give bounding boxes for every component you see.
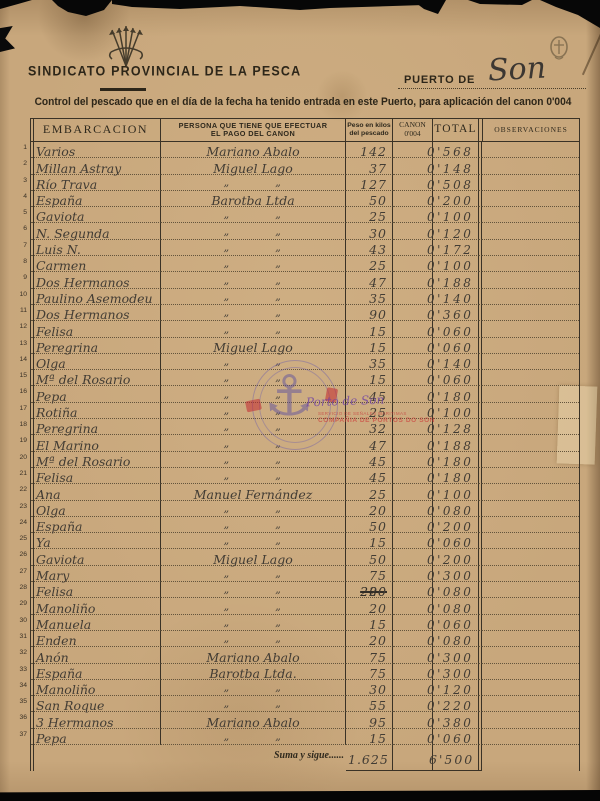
peso-value: 20 <box>369 601 387 616</box>
ditto-mark: „ <box>224 274 230 287</box>
peso-value: 20 <box>369 633 387 648</box>
peso-cell: 25 <box>346 484 393 500</box>
table-row: Rotiña„„250'100 <box>31 403 579 419</box>
table-row: Paulino Asemodeu„„350'140 <box>31 289 579 305</box>
header-total: TOTAL <box>433 119 479 141</box>
peso-cell: 32 <box>346 419 393 435</box>
total-value: 0'220 <box>427 699 473 713</box>
table-row: Manoliño„„300'120 <box>31 680 579 696</box>
total-cell: 0'060 <box>433 615 479 631</box>
torn-top-edge <box>0 0 600 30</box>
ditto-mark: „ <box>224 323 230 336</box>
peso-value: 50 <box>369 519 387 534</box>
observaciones-cell <box>482 370 579 386</box>
embarcacion-cell: Varios <box>31 142 161 158</box>
persona-cell: „„ <box>161 631 346 647</box>
table-row: Pepa„„450'180 <box>31 386 579 402</box>
total-value: 0'120 <box>427 683 473 697</box>
total-value: 0'060 <box>427 325 473 339</box>
peso-value: 35 <box>369 291 387 306</box>
total-cell: 0'300 <box>433 664 479 680</box>
ditto-mark: „ <box>275 290 281 303</box>
row-number: 4 <box>12 189 27 205</box>
header-persona: PERSONA QUE TIENE QUE EFECTUAR EL PAGO D… <box>161 119 346 141</box>
observaciones-cell <box>482 142 579 158</box>
embarcacion-cell: España <box>31 191 161 207</box>
footer-peso-cell: 1.625 <box>346 745 393 771</box>
observaciones-cell <box>482 158 579 174</box>
peso-value: 90 <box>369 307 387 322</box>
observaciones-cell <box>482 615 579 631</box>
total-cell: 0'140 <box>433 289 479 305</box>
embarcacion-value: Olga <box>36 356 66 371</box>
table-row: Pepa„„150'060 <box>31 729 579 745</box>
peso-cell: 75 <box>346 647 393 663</box>
canon-table: EMBARCACION PERSONA QUE TIENE QUE EFECTU… <box>30 118 580 771</box>
persona-cell: „„ <box>161 354 346 370</box>
peso-cell: 50 <box>346 549 393 565</box>
row-number: 15 <box>12 368 27 384</box>
persona-cell: „„ <box>161 175 346 191</box>
embarcacion-value: Varios <box>36 144 75 159</box>
row-number: 23 <box>12 499 27 515</box>
embarcacion-value: 3 Hermanos <box>36 715 114 730</box>
embarcacion-value: Carmen <box>36 258 86 273</box>
embarcacion-value: Enden <box>36 633 77 648</box>
ditto-mark: „ <box>275 600 281 613</box>
ditto-mark: „ <box>275 583 281 596</box>
table-row: EspañaBarotba Ltda.750'300 <box>31 664 579 680</box>
peso-value: 75 <box>369 650 387 665</box>
embarcacion-cell: España <box>31 664 161 680</box>
persona-value: Mariano Abalo <box>206 144 299 159</box>
embarcacion-cell: Olga <box>31 501 161 517</box>
ditto-mark: „ <box>275 420 281 433</box>
peso-value: 45 <box>369 389 387 404</box>
total-value: 0'128 <box>427 422 473 436</box>
ditto-mark: „ <box>224 632 230 645</box>
total-value: 0'508 <box>427 178 473 192</box>
embarcacion-value: El Marino <box>36 438 99 453</box>
observaciones-cell <box>482 289 579 305</box>
ditto-mark: „ <box>275 632 281 645</box>
embarcacion-value: San Roque <box>36 698 104 713</box>
ditto-mark: „ <box>224 225 230 238</box>
total-value: 0'140 <box>427 292 473 306</box>
embarcacion-value: Luis N. <box>36 242 81 257</box>
row-number: 7 <box>12 238 27 254</box>
row-number-gutter: 1234567891011121314151617181920212223242… <box>12 140 27 743</box>
total-cell: 0'188 <box>433 435 479 451</box>
observaciones-cell <box>482 582 579 598</box>
persona-cell: „„ <box>161 321 346 337</box>
total-cell: 0'508 <box>433 175 479 191</box>
table-footer-row: Suma y sigue...... 1.625 6'500 <box>31 745 579 771</box>
header-peso-line1: Peso en kilos <box>347 122 390 130</box>
peso-cell: 50 <box>346 191 393 207</box>
table-body: VariosMariano Abalo1420'568Millan Astray… <box>31 142 579 745</box>
persona-cell: Mariano Abalo <box>161 712 346 728</box>
peso-value: 25 <box>369 405 387 420</box>
table-row: Ya„„150'060 <box>31 533 579 549</box>
total-cell: 0'200 <box>433 517 479 533</box>
persona-cell: „„ <box>161 533 346 549</box>
total-value: 0'180 <box>427 390 473 404</box>
peso-cell: 20 <box>346 501 393 517</box>
total-cell: 0'060 <box>433 729 479 745</box>
embarcacion-cell: Pepa <box>31 729 161 745</box>
total-cell: 0'180 <box>433 468 479 484</box>
total-value: 0'100 <box>427 210 473 224</box>
peso-value: 25 <box>369 258 387 273</box>
persona-cell: „„ <box>161 615 346 631</box>
ditto-mark: „ <box>275 697 281 710</box>
peso-cell: 43 <box>346 240 393 256</box>
observaciones-cell <box>482 566 579 582</box>
embarcacion-value: Dos Hermanos <box>36 275 130 290</box>
total-value: 0'188 <box>427 439 473 453</box>
ditto-mark: „ <box>224 355 230 368</box>
embarcacion-cell: Manoliño <box>31 598 161 614</box>
total-cell: 0'080 <box>433 501 479 517</box>
peso-value: 47 <box>369 438 387 453</box>
total-cell: 0'120 <box>433 680 479 696</box>
total-value: 0'172 <box>427 243 473 257</box>
ditto-mark: „ <box>275 502 281 515</box>
org-title: SINDICATO PROVINCIAL DE LA PESCA <box>28 63 301 78</box>
persona-cell: Miguel Lago <box>161 338 346 354</box>
total-value: 0'080 <box>427 504 473 518</box>
total-cell: 0'060 <box>433 533 479 549</box>
embarcacion-value: España <box>36 193 83 208</box>
row-number: 29 <box>12 596 27 612</box>
ditto-mark: „ <box>224 257 230 270</box>
observaciones-cell <box>482 403 579 419</box>
persona-cell: „„ <box>161 501 346 517</box>
embarcacion-cell: Dos Hermanos <box>31 272 161 288</box>
total-value: 0'060 <box>427 732 473 746</box>
embarcacion-value: Ya <box>36 535 51 550</box>
header-embarcacion: EMBARCACION <box>31 119 161 141</box>
peso-value: 32 <box>369 421 387 436</box>
peso-cell: 30 <box>346 680 393 696</box>
peso-cell: 20020 <box>346 582 393 598</box>
total-value: 0'100 <box>427 406 473 420</box>
total-value: 0'080 <box>427 634 473 648</box>
persona-cell: „„ <box>161 305 346 321</box>
persona-cell: „„ <box>161 256 346 272</box>
persona-cell: „„ <box>161 207 346 223</box>
table-row: El Marino„„470'188 <box>31 435 579 451</box>
ditto-mark: „ <box>275 567 281 580</box>
peso-value: 142 <box>360 144 387 159</box>
peso-value: 95 <box>369 715 387 730</box>
peso-cell: 127 <box>346 175 393 191</box>
embarcacion-cell: Olga <box>31 354 161 370</box>
ditto-mark: „ <box>224 306 230 319</box>
observaciones-cell <box>482 223 579 239</box>
total-cell: 0'100 <box>433 484 479 500</box>
persona-cell: „„ <box>161 452 346 468</box>
peso-cell: 15 <box>346 615 393 631</box>
persona-cell: Barotba Ltda. <box>161 664 346 680</box>
total-value: 0'060 <box>427 341 473 355</box>
table-row: Felisa„„150'060 <box>31 321 579 337</box>
persona-cell: Manuel Fernández <box>161 484 346 500</box>
footer-empty-area <box>482 745 579 771</box>
total-value: 0'568 <box>427 145 473 159</box>
row-number: 35 <box>12 694 27 710</box>
observaciones-cell <box>482 452 579 468</box>
peso-value: 25 <box>369 209 387 224</box>
total-cell: 0'200 <box>433 191 479 207</box>
ditto-mark: „ <box>224 681 230 694</box>
ditto-mark: „ <box>275 437 281 450</box>
embarcacion-value: Pepa <box>36 731 67 746</box>
ditto-mark: „ <box>275 616 281 629</box>
table-row: Mª del Rosario„„450'180 <box>31 452 579 468</box>
ditto-mark: „ <box>224 583 230 596</box>
table-row: Luis N.„„430'172 <box>31 240 579 256</box>
embarcacion-value: Dos Hermanos <box>36 307 130 322</box>
small-seal-icon <box>548 34 570 64</box>
total-cell: 0'300 <box>433 566 479 582</box>
row-number: 21 <box>12 466 27 482</box>
ditto-mark: „ <box>224 437 230 450</box>
row-number: 16 <box>12 384 27 400</box>
row-number: 22 <box>12 482 27 498</box>
persona-cell: „„ <box>161 370 346 386</box>
observaciones-cell <box>482 631 579 647</box>
ditto-mark: „ <box>275 257 281 270</box>
total-cell: 0'100 <box>433 207 479 223</box>
row-number: 1 <box>12 140 27 156</box>
total-value: 0'180 <box>427 471 473 485</box>
header-peso: Peso en kilos del pescado <box>346 119 393 141</box>
table-row: Manoliño„„200'080 <box>31 598 579 614</box>
persona-cell: „„ <box>161 435 346 451</box>
peso-cell: 45 <box>346 468 393 484</box>
ditto-mark: „ <box>224 208 230 221</box>
peso-cell: 75 <box>346 566 393 582</box>
footer-canon-cell <box>393 745 433 771</box>
header-observaciones-label: OBSERVACIONES <box>494 126 568 135</box>
total-cell: 0'172 <box>433 240 479 256</box>
form-subtitle: Control del pescado que en el día de la … <box>20 97 586 109</box>
peso-cell: 15 <box>346 533 393 549</box>
persona-cell: „„ <box>161 680 346 696</box>
ditto-mark: „ <box>275 534 281 547</box>
embarcacion-value: Peregrina <box>36 340 98 355</box>
observaciones-cell <box>482 696 579 712</box>
observaciones-cell <box>482 435 579 451</box>
peso-value: 25 <box>369 487 387 502</box>
embarcacion-value: Anón <box>36 650 69 665</box>
embarcacion-cell: Luis N. <box>31 240 161 256</box>
embarcacion-cell: Mª del Rosario <box>31 370 161 386</box>
embarcacion-value: España <box>36 666 83 681</box>
embarcacion-cell: España <box>31 517 161 533</box>
table-row: AnaManuel Fernández250'100 <box>31 484 579 500</box>
ditto-mark: „ <box>224 518 230 531</box>
total-cell: 0'060 <box>433 321 479 337</box>
ditto-mark: „ <box>224 420 230 433</box>
ditto-mark: „ <box>275 371 281 384</box>
table-row: Millan AstrayMiguel Lago370'148 <box>31 158 579 174</box>
total-value: 0'140 <box>427 357 473 371</box>
embarcacion-value: Gaviota <box>36 552 85 567</box>
row-number: 26 <box>12 547 27 563</box>
total-value: 0'188 <box>427 276 473 290</box>
total-value: 0'200 <box>427 194 473 208</box>
row-number: 33 <box>12 662 27 678</box>
row-number: 19 <box>12 433 27 449</box>
persona-cell: Barotba Ltda <box>161 191 346 207</box>
peso-cell: 142 <box>346 142 393 158</box>
table-row: Gaviota„„250'100 <box>31 207 579 223</box>
table-row: Olga„„200'080 <box>31 501 579 517</box>
table-row: PeregrinaMiguel Lago150'060 <box>31 338 579 354</box>
observaciones-cell <box>482 664 579 680</box>
ditto-mark: „ <box>275 355 281 368</box>
ditto-mark: „ <box>224 730 230 743</box>
observaciones-cell <box>482 386 579 402</box>
total-cell: 0'360 <box>433 305 479 321</box>
table-row: AnónMariano Abalo750'300 <box>31 647 579 663</box>
embarcacion-value: N. Segunda <box>36 226 110 241</box>
ditto-mark: „ <box>224 453 230 466</box>
embarcacion-value: Rotiña <box>36 405 77 420</box>
row-number: 37 <box>12 727 27 743</box>
peso-value: 45 <box>369 454 387 469</box>
embarcacion-value: Mary <box>36 568 69 583</box>
peso-cell: 25 <box>346 207 393 223</box>
embarcacion-cell: Mª del Rosario <box>31 452 161 468</box>
embarcacion-cell: Ya <box>31 533 161 549</box>
peso-cell: 47 <box>346 272 393 288</box>
row-number: 34 <box>12 678 27 694</box>
embarcacion-cell: Peregrina <box>31 338 161 354</box>
peso-corrected-value: 20 <box>369 584 387 599</box>
row-number: 20 <box>12 450 27 466</box>
ditto-mark: „ <box>275 453 281 466</box>
table-row: Peregrina„„320'128 <box>31 419 579 435</box>
total-value: 0'060 <box>427 373 473 387</box>
peso-value: 43 <box>369 242 387 257</box>
total-value: 0'200 <box>427 553 473 567</box>
total-value: 0'060 <box>427 618 473 632</box>
persona-cell: Miguel Lago <box>161 549 346 565</box>
total-value: 0'300 <box>427 569 473 583</box>
embarcacion-value: Manuela <box>36 617 91 632</box>
row-number: 17 <box>12 401 27 417</box>
total-cell: 0'148 <box>433 158 479 174</box>
ditto-mark: „ <box>275 323 281 336</box>
embarcacion-value: Mª del Rosario <box>36 454 130 469</box>
row-number: 36 <box>12 710 27 726</box>
table-header-row: EMBARCACION PERSONA QUE TIENE QUE EFECTU… <box>31 119 579 142</box>
persona-cell: „„ <box>161 289 346 305</box>
row-number: 12 <box>12 319 27 335</box>
observaciones-cell <box>482 598 579 614</box>
peso-cell: 37 <box>346 158 393 174</box>
row-number: 30 <box>12 613 27 629</box>
ditto-mark: „ <box>224 371 230 384</box>
total-value: 0'200 <box>427 520 473 534</box>
peso-cell: 45 <box>346 452 393 468</box>
table-row: Río Trava„„1270'508 <box>31 175 579 191</box>
observaciones-cell <box>482 191 579 207</box>
table-row: San Roque„„550'220 <box>31 696 579 712</box>
total-value: 0'100 <box>427 259 473 273</box>
ditto-mark: „ <box>275 306 281 319</box>
total-value: 0'120 <box>427 227 473 241</box>
total-value: 0'100 <box>427 488 473 502</box>
embarcacion-cell: Manoliño <box>31 680 161 696</box>
embarcacion-cell: Peregrina <box>31 419 161 435</box>
observaciones-cell <box>482 272 579 288</box>
persona-cell: Mariano Abalo <box>161 647 346 663</box>
embarcacion-value: Gaviota <box>36 209 85 224</box>
peso-cell: 35 <box>346 354 393 370</box>
observaciones-cell <box>482 207 579 223</box>
observaciones-cell <box>482 175 579 191</box>
embarcacion-value: Millan Astray <box>36 161 121 176</box>
embarcacion-value: España <box>36 519 83 534</box>
persona-cell: Mariano Abalo <box>161 142 346 158</box>
peso-cell: 55 <box>346 696 393 712</box>
observaciones-cell <box>482 256 579 272</box>
row-number: 3 <box>12 173 27 189</box>
peso-cell: 75 <box>346 664 393 680</box>
total-cell: 0'120 <box>433 223 479 239</box>
observaciones-cell <box>482 305 579 321</box>
total-value: 0'300 <box>427 667 473 681</box>
peso-value: 55 <box>369 698 387 713</box>
embarcacion-value: Manoliño <box>36 682 95 697</box>
peso-cell: 15 <box>346 321 393 337</box>
total-cell: 0'380 <box>433 712 479 728</box>
row-number: 28 <box>12 580 27 596</box>
footer-peso-value: 1.625 <box>348 752 389 767</box>
persona-cell: „„ <box>161 696 346 712</box>
embarcacion-cell: Felisa <box>31 582 161 598</box>
observaciones-cell <box>482 240 579 256</box>
total-cell: 0'220 <box>433 696 479 712</box>
embarcacion-value: Manoliño <box>36 601 95 616</box>
observaciones-cell <box>482 501 579 517</box>
peso-value: 15 <box>369 731 387 746</box>
embarcacion-cell: Millan Astray <box>31 158 161 174</box>
row-number: 13 <box>12 336 27 352</box>
ditto-mark: „ <box>224 697 230 710</box>
peso-cell: 15 <box>346 729 393 745</box>
table-row: GaviotaMiguel Lago500'200 <box>31 549 579 565</box>
total-cell: 0'080 <box>433 598 479 614</box>
header-canon: CANON 0'004 <box>393 119 433 141</box>
persona-cell: „„ <box>161 468 346 484</box>
row-number: 10 <box>12 287 27 303</box>
embarcacion-cell: Río Trava <box>31 175 161 191</box>
observaciones-cell <box>482 712 579 728</box>
ditto-mark: „ <box>224 176 230 189</box>
ditto-mark: „ <box>224 616 230 629</box>
table-row: Dos Hermanos„„900'360 <box>31 305 579 321</box>
observaciones-cell <box>482 484 579 500</box>
embarcacion-cell: 3 Hermanos <box>31 712 161 728</box>
peso-value: 30 <box>369 226 387 241</box>
total-cell: 0'180 <box>433 452 479 468</box>
